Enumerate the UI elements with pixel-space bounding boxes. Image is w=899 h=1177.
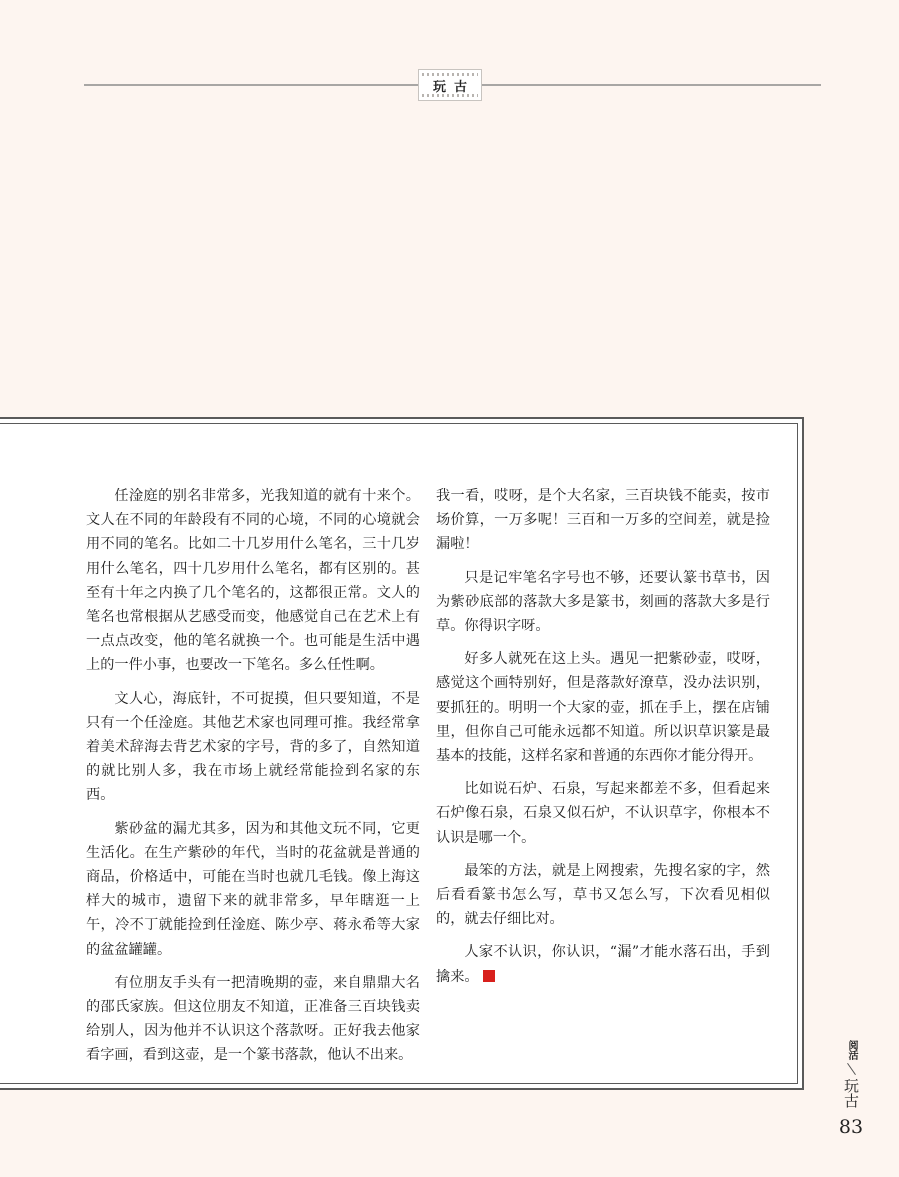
page-number: 83 — [839, 1116, 863, 1138]
paragraph: 任淦庭的别名非常多，光我知道的就有十来个。文人在不同的年龄段有不同的心境，不同的… — [86, 484, 420, 678]
paragraph: 紫砂盆的漏尤其多，因为和其他文玩不同，它更生活化。在生产紫砂的年代，当时的花盆就… — [86, 817, 420, 962]
header-rule-right — [482, 84, 821, 86]
paragraph: 只是记牢笔名字号也不够，还要认篆书草书，因为紫砂底部的落款大多是篆书，刻画的落款… — [436, 566, 770, 639]
paragraph: 最笨的方法，就是上网搜索，先搜名家的字，然后看看篆书怎么写，草书又怎么写，下次看… — [436, 859, 770, 932]
paragraph: 好多人就死在这上头。遇见一把紫砂壶，哎呀，感觉这个画特别好，但是落款好潦草，没办… — [436, 647, 770, 768]
paragraph-final: 人家不认识，你认识，“漏”才能水落石出，手到擒来。 — [436, 940, 770, 988]
folio-section-name: 玩古 — [843, 1078, 859, 1108]
article-column-right: 我一看，哎呀，是个大名家，三百块钱不能卖，按市场价算，一万多呢！三百和一万多的空… — [436, 484, 770, 998]
paragraph: 文人心，海底针，不可捉摸，但只要知道，不是只有一个任淦庭。其他艺术家也同理可推。… — [86, 687, 420, 808]
folio: 阅活 玩古 83 — [836, 1040, 866, 1138]
section-tag: 玩古 — [418, 69, 482, 101]
article-column-left: 任淦庭的别名非常多，光我知道的就有十来个。文人在不同的年龄段有不同的心境，不同的… — [86, 484, 420, 1077]
paragraph-continued: 我一看，哎呀，是个大名家，三百块钱不能卖，按市场价算，一万多呢！三百和一万多的空… — [436, 484, 770, 557]
header-rule-left — [84, 84, 418, 86]
paragraph: 有位朋友手头有一把清晚期的壶，来自鼎鼎大名的邵氏家族。但这位朋友不知道，正准备三… — [86, 971, 420, 1068]
folio-magazine-name: 阅活 — [845, 1040, 857, 1060]
end-mark-icon — [483, 970, 495, 982]
section-tag-label: 玩古 — [433, 76, 475, 95]
paragraph: 比如说石炉、石泉，写起来都差不多，但看起来石炉像石泉，石泉又似石炉，不认识草字，… — [436, 777, 770, 850]
folio-divider — [847, 1063, 856, 1075]
